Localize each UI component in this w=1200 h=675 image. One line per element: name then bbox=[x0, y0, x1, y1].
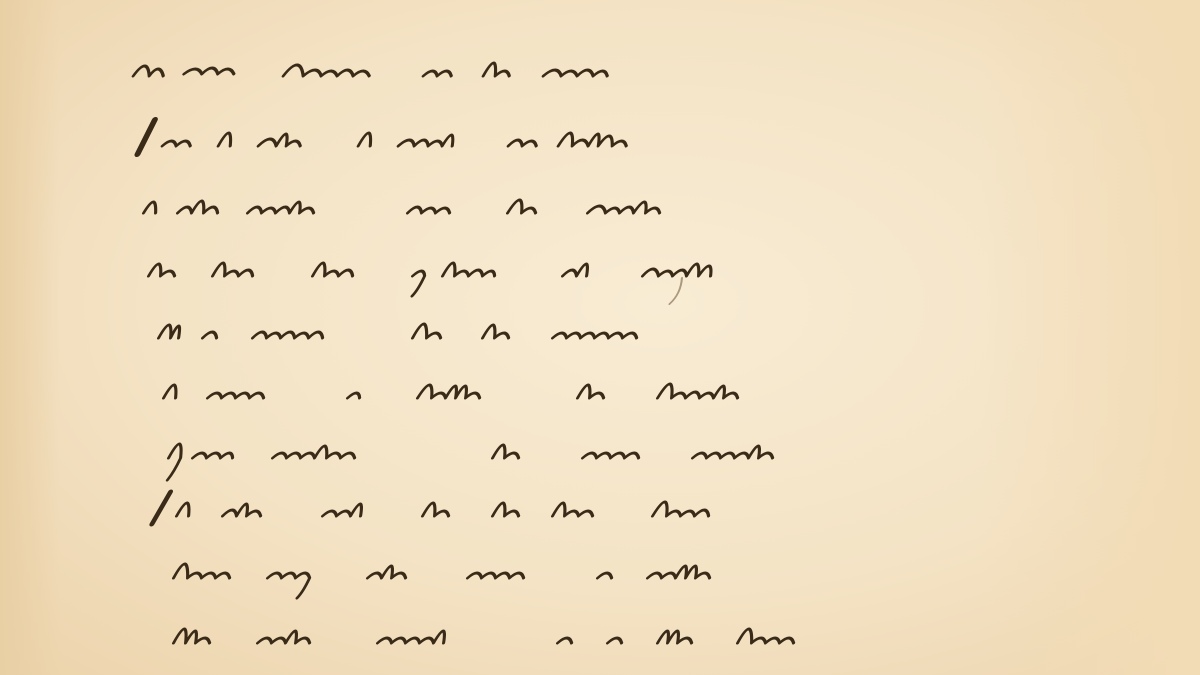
handwritten-line bbox=[165, 605, 940, 651]
handwritten-line bbox=[135, 110, 870, 156]
manuscript-page: Low-resolution scan; handwriting not rel… bbox=[0, 0, 1200, 675]
handwritten-line bbox=[150, 478, 925, 524]
handwritten-line bbox=[155, 360, 930, 406]
handwritten-line bbox=[150, 300, 925, 346]
handwritten-line bbox=[140, 238, 915, 284]
handwritten-line bbox=[120, 40, 855, 86]
handwritten-line bbox=[165, 540, 940, 586]
handwritten-line bbox=[160, 420, 965, 466]
handwritten-line bbox=[135, 175, 910, 221]
handwritten-text-block bbox=[0, 0, 1200, 675]
